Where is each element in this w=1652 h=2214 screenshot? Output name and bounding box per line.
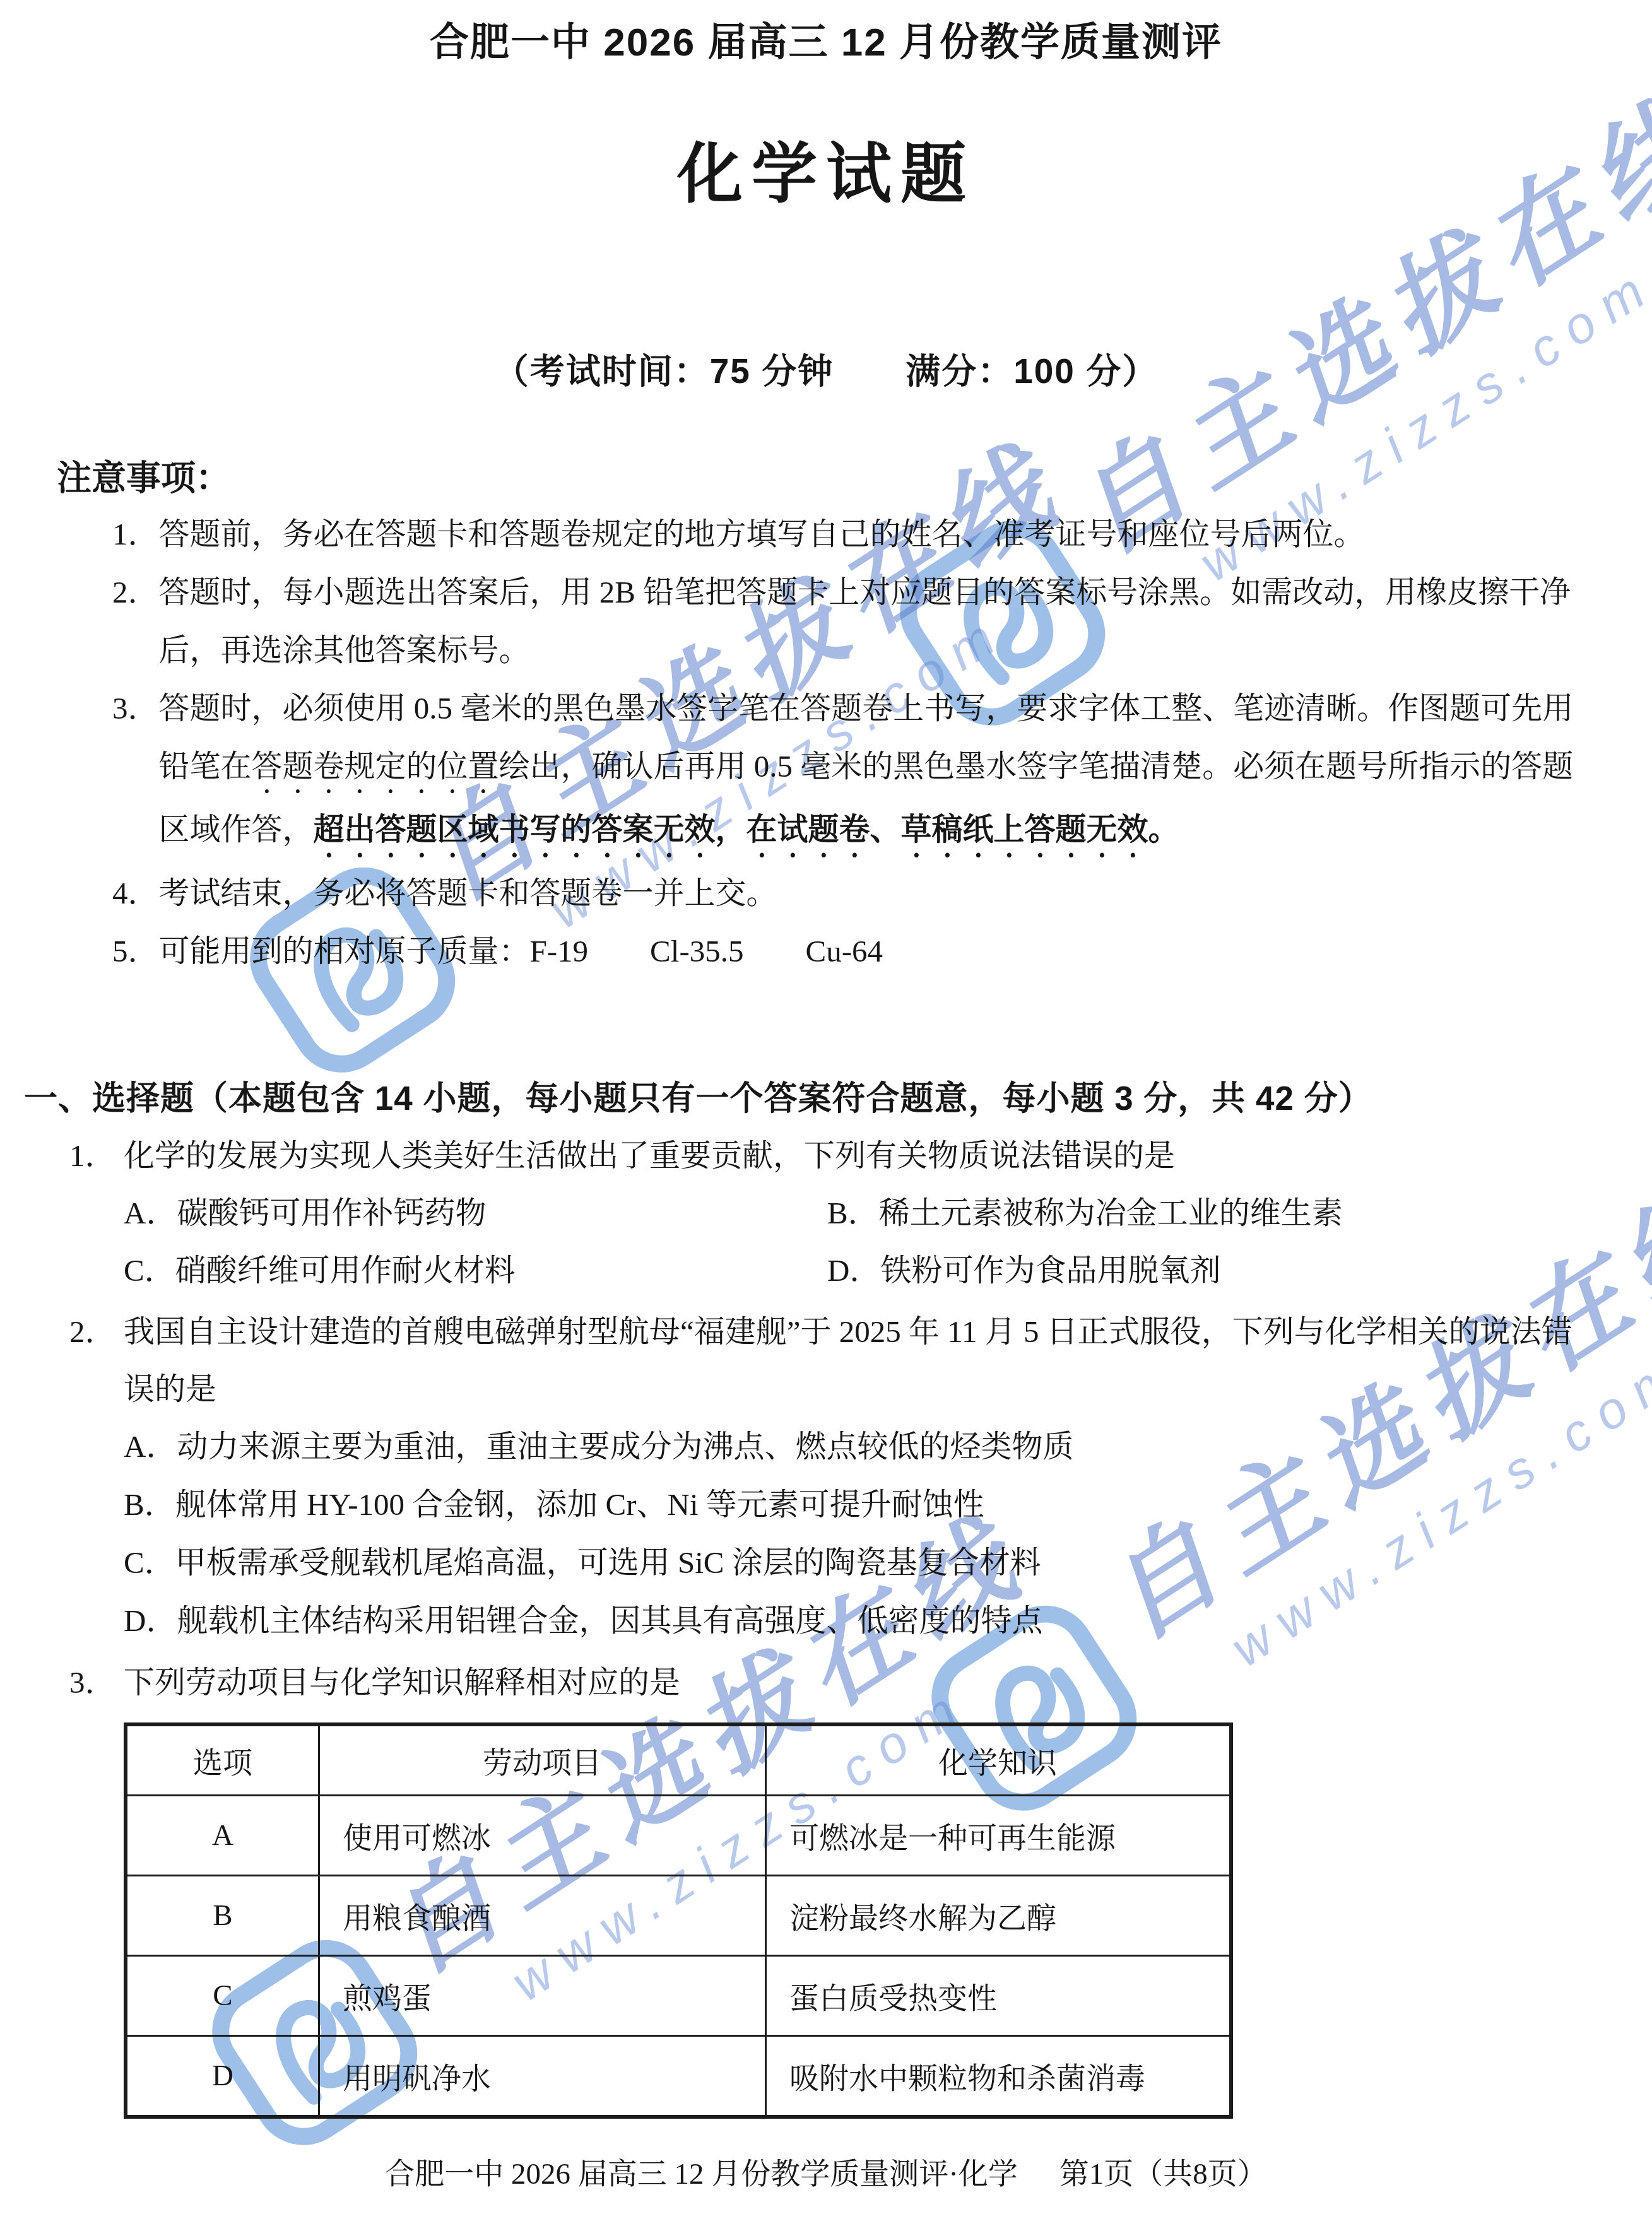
table-cell: 用明矾净水	[319, 2036, 766, 2117]
school-line: 合肥一中 2026 届高三 12 月份教学质量测评	[57, 18, 1595, 68]
notice-item: 4． 考试结束，务必将答题卡和答题卷一并上交。	[112, 864, 1595, 922]
option-text: 甲板需承受舰载机尾焰高温，可选用 SiC 涂层的陶瓷基复合材料	[175, 1534, 1041, 1592]
notice-3-bold-warning: 超出答题区域书写的答案无效，在试题卷、草稿纸上答题无效。	[314, 813, 1179, 847]
option-c: C． 甲板需承受舰载机尾焰高温，可选用 SiC 涂层的陶瓷基复合材料	[124, 1534, 1595, 1592]
table-cell: 吸附水中颗粒物和杀菌消毒	[766, 2036, 1232, 2117]
option-d: D． 铁粉可作为食品用脱氧剂	[827, 1242, 1595, 1299]
notice-item-number: 1．	[112, 505, 159, 563]
table-row: B 用粮食酿酒 淀粉最终水解为乙醇	[126, 1876, 1231, 1956]
notice-item-text: 考试结束，务必将答题卡和答题卷一并上交。	[159, 864, 1595, 922]
question-number: 3．	[57, 1654, 124, 1711]
option-text: 硝酸纤维可用作耐火材料	[175, 1242, 516, 1299]
table-header-cell: 选项	[126, 1724, 319, 1796]
notice-item: 1． 答题前，务必在答题卡和答题卷规定的地方填写自己的姓名、准考证号和座位号后两…	[112, 505, 1595, 563]
question-number: 2．	[57, 1303, 124, 1418]
option-label: C．	[124, 1534, 175, 1592]
table-cell: 使用可燃冰	[319, 1796, 766, 1876]
table-cell: 可燃冰是一种可再生能源	[766, 1796, 1232, 1876]
option-label: C．	[124, 1242, 175, 1299]
option-a: A． 碳酸钙可用作补钙药物	[124, 1184, 827, 1242]
table-row: C 煎鸡蛋 蛋白质受热变性	[126, 1956, 1231, 2036]
notice-3-emphasized: 答题卷规定的位置	[252, 749, 499, 784]
question-1-options: A． 碳酸钙可用作补钙药物 B． 稀土元素被称为冶金工业的维生素 C． 硝酸纤维…	[124, 1184, 1595, 1299]
option-label: D．	[124, 1592, 177, 1650]
option-text: 舰载机主体结构采用铝锂合金，因其具有高强度、低密度的特点	[177, 1592, 1042, 1650]
notice-item-number: 4．	[112, 864, 159, 922]
table-row: D 用明矾净水 吸附水中颗粒物和杀菌消毒	[126, 2036, 1231, 2117]
labor-knowledge-table: 选项 劳动项目 化学知识 A 使用可燃冰 可燃冰是一种可再生能源 B 用粮食酿酒…	[124, 1722, 1233, 2119]
table-header-cell: 化学知识	[766, 1724, 1232, 1796]
table-cell: A	[126, 1796, 319, 1876]
notice-item-number: 3．	[112, 680, 159, 864]
notice-item: 3． 答题时，必须使用 0.5 毫米的黑色墨水签字笔在答题卷上书写，要求字体工整…	[112, 680, 1595, 864]
table-cell: 蛋白质受热变性	[766, 1956, 1232, 2036]
notice-item-text: 答题时，每小题选出答案后，用 2B 铅笔把答题卡上对应题目的答案标号涂黑。如需改…	[159, 563, 1595, 680]
option-a: A． 动力来源主要为重油，重油主要成分为沸点、燃点较低的烃类物质	[124, 1418, 1595, 1476]
question-stem: 下列劳动项目与化学知识解释相对应的是	[124, 1654, 1595, 1711]
table-header-row: 选项 劳动项目 化学知识	[126, 1724, 1231, 1796]
question-stem: 化学的发展为实现人类美好生活做出了重要贡献，下列有关物质说法错误的是	[124, 1127, 1595, 1184]
question-stem: 我国自主设计建造的首艘电磁弹射型航母“福建舰”于 2025 年 11 月 5 日…	[124, 1303, 1595, 1418]
option-b: B． 稀土元素被称为冶金工业的维生素	[827, 1184, 1595, 1242]
option-text: 稀土元素被称为冶金工业的维生素	[879, 1184, 1343, 1242]
option-c: C． 硝酸纤维可用作耐火材料	[124, 1242, 827, 1299]
table-header-cell: 劳动项目	[319, 1724, 766, 1796]
table-cell: B	[126, 1876, 319, 1956]
option-label: A．	[124, 1184, 177, 1242]
option-b: B． 舰体常用 HY-100 合金钢，添加 Cr、Ni 等元素可提升耐蚀性	[124, 1476, 1595, 1534]
table-cell: 用粮食酿酒	[319, 1876, 766, 1956]
notice-list: 1． 答题前，务必在答题卡和答题卷规定的地方填写自己的姓名、准考证号和座位号后两…	[112, 505, 1595, 980]
option-label: B．	[827, 1184, 879, 1242]
option-label: A．	[124, 1418, 177, 1476]
option-text: 舰体常用 HY-100 合金钢，添加 Cr、Ni 等元素可提升耐蚀性	[175, 1476, 984, 1534]
option-label: D．	[827, 1242, 880, 1299]
notice-item-text: 答题前，务必在答题卡和答题卷规定的地方填写自己的姓名、准考证号和座位号后两位。	[159, 505, 1595, 563]
notice-item: 2． 答题时，每小题选出答案后，用 2B 铅笔把答题卡上对应题目的答案标号涂黑。…	[112, 563, 1595, 680]
footer-title: 合肥一中 2026 届高三 12 月份教学质量测评·化学	[385, 2158, 1018, 2191]
notice-heading: 注意事项：	[57, 455, 1595, 500]
notice-item-text: 可能用到的相对原子质量：F-19 Cl-35.5 Cu-64	[159, 922, 1595, 980]
section-one-heading: 一、选择题（本题包含 14 小题，每小题只有一个答案符合题意，每小题 3 分，共…	[24, 1075, 1595, 1123]
notice-item-number: 2．	[112, 563, 159, 680]
question-1: 1． 化学的发展为实现人类美好生活做出了重要贡献，下列有关物质说法错误的是 A．…	[57, 1127, 1595, 1299]
notice-item: 5． 可能用到的相对原子质量：F-19 Cl-35.5 Cu-64	[112, 922, 1595, 980]
footer-page-number: 第1页（共8页）	[1059, 2158, 1267, 2191]
page-footer: 合肥一中 2026 届高三 12 月份教学质量测评·化学第1页（共8页）	[0, 2150, 1652, 2193]
paper-title: 化学试题	[57, 131, 1595, 220]
question-2: 2． 我国自主设计建造的首艘电磁弹射型航母“福建舰”于 2025 年 11 月 …	[57, 1303, 1595, 1650]
option-text: 碳酸钙可用作补钙药物	[177, 1184, 486, 1242]
table-cell: C	[126, 1956, 319, 2036]
question-3: 3． 下列劳动项目与化学知识解释相对应的是 选项 劳动项目 化学知识 A 使用可…	[57, 1654, 1595, 2119]
table-row: A 使用可燃冰 可燃冰是一种可再生能源	[126, 1796, 1231, 1876]
table-cell: 淀粉最终水解为乙醇	[766, 1876, 1232, 1956]
option-text: 铁粉可作为食品用脱氧剂	[880, 1242, 1220, 1299]
exam-page: 合肥一中 2026 届高三 12 月份教学质量测评 化学试题 （考试时间：75 …	[0, 0, 1652, 2119]
exam-info: （考试时间：75 分钟 满分：100 分）	[57, 349, 1595, 393]
table-cell: 煎鸡蛋	[319, 1956, 766, 2036]
question-number: 1．	[57, 1127, 124, 1184]
notice-item-text: 答题时，必须使用 0.5 毫米的黑色墨水签字笔在答题卷上书写，要求字体工整、笔迹…	[159, 680, 1595, 864]
option-label: B．	[124, 1476, 175, 1534]
notice-item-number: 5．	[112, 922, 159, 980]
option-d: D． 舰载机主体结构采用铝锂合金，因其具有高强度、低密度的特点	[124, 1592, 1595, 1650]
table-cell: D	[126, 2036, 319, 2117]
option-text: 动力来源主要为重油，重油主要成分为沸点、燃点较低的烃类物质	[177, 1418, 1073, 1476]
